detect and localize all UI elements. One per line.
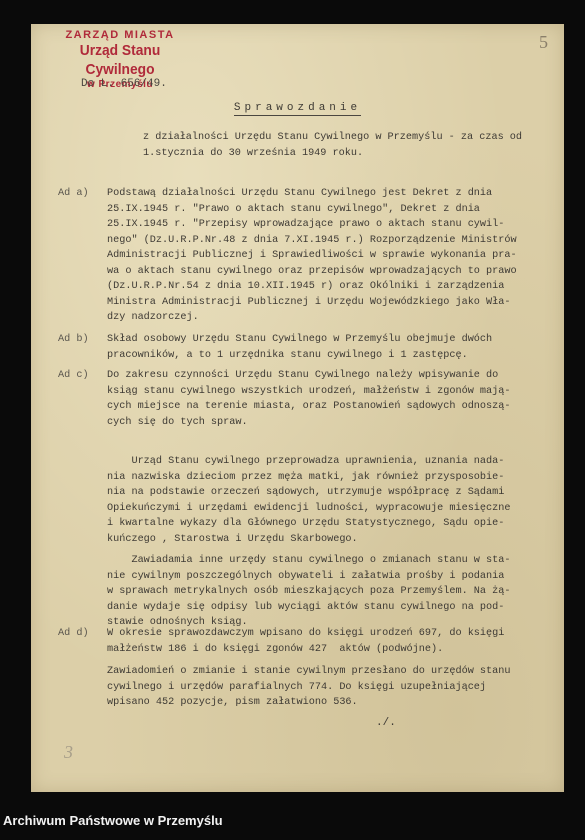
section-text: Skład osobowy Urzędu Stanu Cywilnego w P…: [107, 332, 557, 363]
closing-mark: ./.: [376, 717, 396, 729]
section-paragraph: Urząd Stanu cywilnego przeprowadza upraw…: [107, 454, 557, 547]
section-paragraph: Zawiadamia inne urzędy stanu cywilnego o…: [107, 553, 557, 631]
intro-text: z działalności Urzędu Stanu Cywilnego w …: [143, 130, 543, 162]
section-text: Podstawą działalności Urzędu Stanu Cywil…: [107, 186, 557, 326]
reference-number: Do L. 656/49.: [81, 78, 167, 90]
stamp-line-1: ZARZĄD MIASTA: [45, 29, 195, 41]
section-label: Ad a): [58, 186, 89, 202]
document-page: ZARZĄD MIASTA Urząd Stanu Cywilnego w Pr…: [31, 24, 564, 792]
archive-caption: Archiwum Państwowe w Przemyślu: [3, 813, 223, 828]
section-text: Do zakresu czynności Urzędu Stanu Cywiln…: [107, 368, 557, 430]
section-label: Ad d): [58, 626, 89, 642]
pencil-annotation: 3: [64, 742, 73, 763]
section-paragraph: Zawiadomień o zmianie i stanie cywilnym …: [107, 664, 557, 711]
section-label: Ad c): [58, 368, 89, 384]
page-number: 5: [539, 32, 548, 53]
document-title: Sprawozdanie: [31, 102, 564, 114]
section-label: Ad b): [58, 332, 89, 348]
section-text: W okresie sprawozdawczym wpisano do księ…: [107, 626, 557, 657]
stamp-line-2: Urząd Stanu Cywilnego: [51, 41, 189, 79]
